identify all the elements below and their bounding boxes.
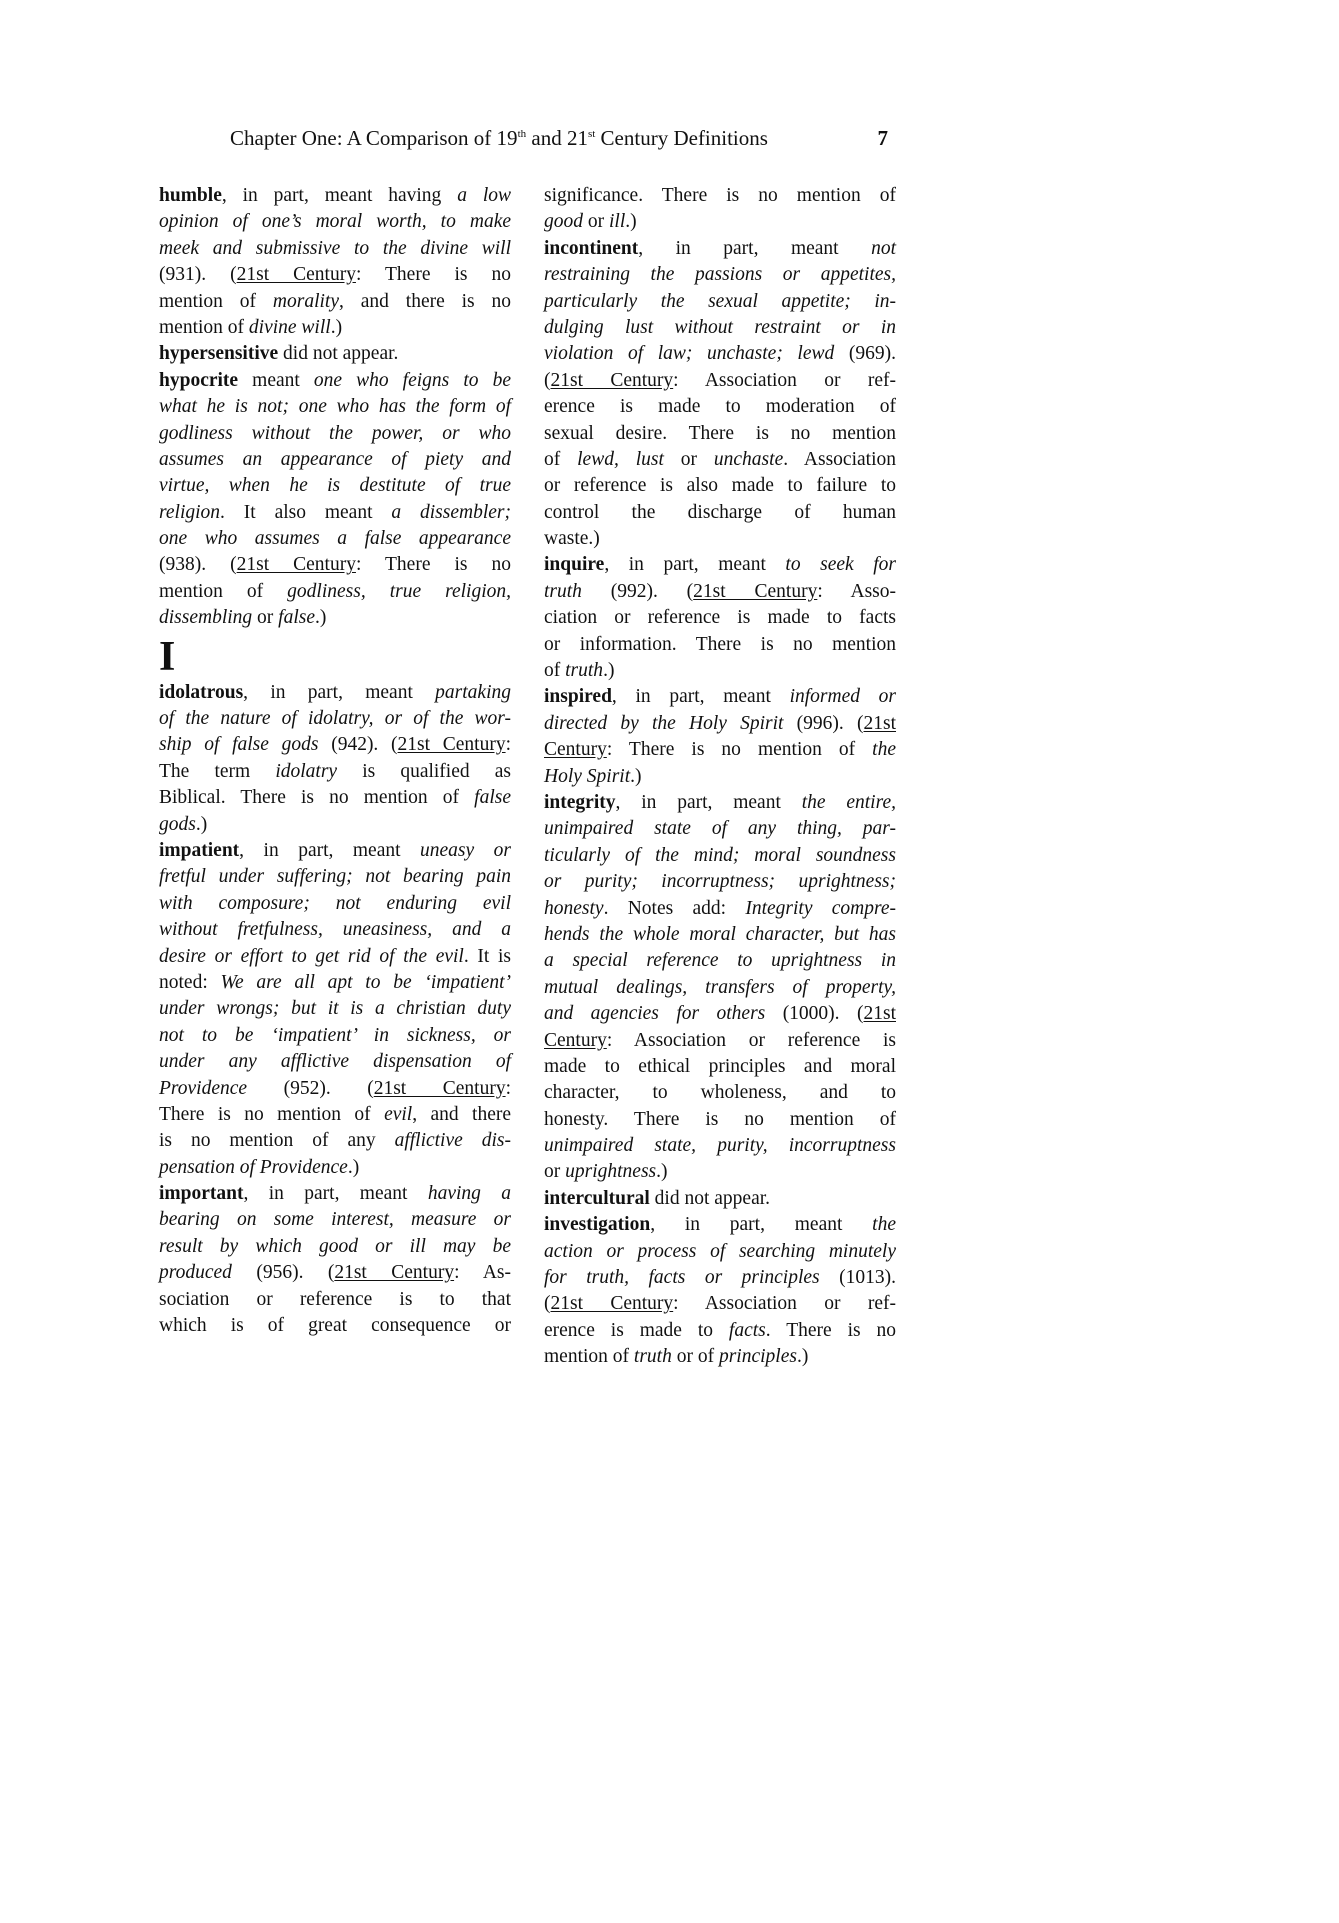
text-line: truth (992). (21st Century: Asso- [544,579,896,605]
text-line: result by which good or ill may be [159,1234,511,1260]
definition-text: restraining the passions or appetites, [544,264,896,285]
definition-text: divine will [249,317,331,338]
text-line: fretful under suffering; not bearing pai… [159,864,511,890]
definition-text: the entire, [802,792,896,813]
body-text: . There is no [766,1320,896,1341]
headword: integrity [544,792,615,813]
definition-text: desire or effort to get rid of the evil [159,946,464,967]
body-text: erence is made to [544,1320,729,1341]
body-text: , in part, meant [243,682,435,703]
text-line: pensation of Providence.) [159,1155,511,1181]
text-line: virtue, when he is destitute of true [159,473,511,499]
body-text: mention of [159,317,249,338]
text-line: hypocrite meant one who feigns to be [159,368,511,394]
body-text: , in part, meant [638,238,871,259]
body-text: . Notes add: [604,898,746,919]
text-line: a special reference to uprightness in [544,948,896,974]
body-text: : Association or reference is [607,1030,896,1051]
body-text: or reference is also made to failure to [544,475,896,496]
body-text: made to ethical principles and moral [544,1056,896,1077]
definition-text: opinion of one’s moral worth, to make [159,211,511,232]
text-line: or information. There is no mention [544,632,896,658]
body-text: .) [348,1157,359,1178]
text-line: under any afflictive dispensation of [159,1049,511,1075]
right-column: significance. There is no mention ofgood… [544,183,896,1371]
body-text: or [544,1161,565,1182]
definition-text: good [544,211,583,232]
text-line: mention of truth or of principles.) [544,1344,896,1370]
text-line: (938). (21st Century: There is no [159,552,511,578]
body-text: (992). ( [582,581,693,602]
body-text: . It also meant [220,502,391,523]
definition-text: mutual dealings, transfers of property, [544,977,896,998]
definition-text: unimpaired state, purity, incorruptness [544,1135,896,1156]
body-text: The term [159,761,275,782]
definition-text: godliness, true religion, [287,581,511,602]
definition-text: Providence [159,1078,247,1099]
title-text: Chapter One: A Comparison of 19 [230,126,518,150]
definition-text: what he is not; one who has the form of [159,396,511,417]
definition-text: gods [159,814,196,835]
body-text: : There is no [356,554,511,575]
definition-text: one who assumes a false appearance [159,528,511,549]
text-line: mention of godliness, true religion, [159,579,511,605]
body-text: noted: [159,972,220,993]
definition-text: a low [457,185,511,206]
section-letter-heading: I [159,632,511,680]
definition-text: false [278,607,315,628]
text-line: produced (956). (21st Century: As- [159,1260,511,1286]
headword: inspired [544,686,612,707]
text-line: Century: There is no mention of the [544,737,896,763]
headword: important [159,1183,244,1204]
definition-text: the [872,739,896,760]
text-line: bearing on some interest, measure or [159,1207,511,1233]
definition-text: of the nature of idolatry, or of the wor… [159,708,511,729]
headword: inquire [544,554,604,575]
definition-text: dissembling [159,607,252,628]
body-text: significance. There is no mention of [544,185,896,206]
definition-text: facts [729,1320,766,1341]
definition-text: not to be ‘impatient’ in sickness, or [159,1025,511,1046]
body-text: : Association or ref- [673,370,896,391]
century-label: 21st Century [237,554,356,575]
text-line: Holy Spirit.) [544,764,896,790]
definition-text: with composure; not enduring evil [159,893,511,914]
text-line: control the discharge of human [544,500,896,526]
body-text: .) [315,607,326,628]
body-text: of [544,449,577,470]
text-line: good or ill.) [544,209,896,235]
definition-text: the [872,1214,896,1235]
body-text: mention of [544,1346,634,1367]
definition-text: for truth, facts or principles [544,1267,820,1288]
headword: hypersensitive [159,343,278,364]
text-line: inspired, in part, meant informed or [544,684,896,710]
text-line: and agencies for others (1000). (21st [544,1001,896,1027]
text-line: desire or effort to get rid of the evil.… [159,944,511,970]
body-text: : [506,734,511,755]
headword: hypocrite [159,370,238,391]
definition-text: lewd, lust [577,449,664,470]
definition-text: bearing on some interest, measure or [159,1209,511,1230]
definition-text: Integrity compre- [745,898,896,919]
headword: investigation [544,1214,650,1235]
body-text: : As- [454,1262,511,1283]
text-line: sexual desire. There is no mention [544,421,896,447]
text-line: is no mention of any afflictive dis- [159,1128,511,1154]
body-text: meant [238,370,314,391]
body-text: or of [672,1346,719,1367]
definition-text: Holy Spirit [544,766,630,787]
century-label: 21st Century [551,1293,674,1314]
body-text: .) [331,317,342,338]
text-line: (21st Century: Association or ref- [544,1291,896,1317]
text-line: not to be ‘impatient’ in sickness, or [159,1023,511,1049]
body-text: (1013). [820,1267,896,1288]
body-text: is no mention of any [159,1130,395,1151]
body-text: erence is made to moderation of [544,396,896,417]
text-line: intercultural did not appear. [544,1186,896,1212]
body-text: did not appear. [278,343,398,364]
definition-text: godliness without the power, or who [159,423,511,444]
body-text: : Asso- [817,581,896,602]
body-text: .) [603,660,614,681]
headword: intercultural [544,1188,650,1209]
body-text: (952). ( [247,1078,374,1099]
definition-text: and agencies for others [544,1003,765,1024]
body-text: control the discharge of human [544,502,896,523]
text-line: character, to wholeness, and to [544,1080,896,1106]
definition-text: without fretfulness, uneasiness, and a [159,919,511,940]
definition-text: ill [609,211,625,232]
definition-text: having a [428,1183,511,1204]
body-text: (996). ( [783,713,863,734]
headword: humble [159,185,222,206]
text-line: of lewd, lust or unchaste. Association [544,447,896,473]
definition-text: not [871,238,896,259]
text-line: The term idolatry is qualified as [159,759,511,785]
century-label: 21st Century [693,581,817,602]
definition-text: idolatry [275,761,337,782]
body-text: or [583,211,609,232]
body-text: or information. There is no mention [544,634,896,655]
body-text: sexual desire. There is no mention [544,423,896,444]
text-line: honesty. There is no mention of [544,1107,896,1133]
century-label: 21st [863,1003,896,1024]
century-label: 21st Century [551,370,674,391]
century-label: 21st Century [374,1078,506,1099]
text-line: noted: We are all apt to be ‘impatient’ [159,970,511,996]
definition-text: ship of false gods [159,734,318,755]
text-line: dissembling or false.) [159,605,511,631]
century-label: 21st [864,713,897,734]
body-text: or [252,607,278,628]
text-line: Century: Association or reference is [544,1028,896,1054]
text-line: integrity, in part, meant the entire, [544,790,896,816]
text-line: There is no mention of evil, and there [159,1102,511,1128]
text-line: what he is not; one who has the form of [159,394,511,420]
text-line: sociation or reference is to that [159,1287,511,1313]
definition-text: false [474,787,511,808]
text-line: directed by the Holy Spirit (996). (21st [544,711,896,737]
body-text: ciation or reference is made to facts [544,607,896,628]
body-text: , in part, meant having [222,185,457,206]
text-line: ship of false gods (942). (21st Century: [159,732,511,758]
century-label: 21st Century [398,734,506,755]
century-label: 21st Century [237,264,356,285]
text-line: significance. There is no mention of [544,183,896,209]
definition-text: or purity; incorruptness; uprightness; [544,871,896,892]
definition-text: partaking [435,682,511,703]
definition-text: violation of law; unchaste; lewd [544,343,834,364]
body-text: : There is no [356,264,511,285]
body-text: There is no mention of [159,1104,384,1125]
body-text: of [544,660,565,681]
definition-text: unimpaired state of any thing, par- [544,818,896,839]
text-line: hypersensitive did not appear. [159,341,511,367]
century-label: 21st Century [334,1262,454,1283]
text-line: meek and submissive to the divine will [159,236,511,262]
text-line: assumes an appearance of piety and [159,447,511,473]
definition-text: We are all apt to be ‘impatient’ [220,972,511,993]
page-number: 7 [878,126,889,151]
text-line: investigation, in part, meant the [544,1212,896,1238]
text-line: important, in part, meant having a [159,1181,511,1207]
definition-text: to seek for [785,554,896,575]
text-line: restraining the passions or appetites, [544,262,896,288]
definition-text: meek and submissive to the divine will [159,238,511,259]
chapter-title: Chapter One: A Comparison of 19th and 21… [230,126,768,151]
definition-text: truth [634,1346,672,1367]
body-text: (938). ( [159,554,237,575]
text-line: inquire, in part, meant to seek for [544,552,896,578]
definition-text: virtue, when he is destitute of true [159,475,511,496]
definition-text: action or process of searching minutely [544,1241,896,1262]
definition-text: principles [719,1346,797,1367]
text-line: Biblical. There is no mention of false [159,785,511,811]
definition-text: morality [273,291,339,312]
definition-text: a special reference to uprightness in [544,950,896,971]
body-text: , in part, meant [615,792,801,813]
definition-text: under wrongs; but it is a christian duty [159,998,511,1019]
definition-text: assumes an appearance of piety and [159,449,511,470]
definition-text: informed or [790,686,896,707]
text-line: or reference is also made to failure to [544,473,896,499]
definition-text: afflictive dis- [395,1130,511,1151]
body-text: (956). ( [232,1262,334,1283]
definition-text: evil [384,1104,412,1125]
text-line: unimpaired state of any thing, par- [544,816,896,842]
century-label: Century [544,1030,607,1051]
title-text: and 21 [526,126,588,150]
definition-text: truth [565,660,603,681]
title-text: Century Definitions [595,126,768,150]
definition-text: directed by the Holy Spirit [544,713,783,734]
text-line: Providence (952). (21st Century: [159,1076,511,1102]
text-line: unimpaired state, purity, incorruptness [544,1133,896,1159]
headword: impatient [159,840,239,861]
body-text: honesty. There is no mention of [544,1109,896,1130]
text-line: particularly the sexual appetite; in- [544,289,896,315]
definition-text: produced [159,1262,232,1283]
body-text: : Association or ref- [673,1293,896,1314]
text-line: dulging lust without restraint or in [544,315,896,341]
body-text: mention of [159,581,287,602]
text-line: (931). (21st Century: There is no [159,262,511,288]
body-text: which is of great consequence or [159,1315,511,1336]
text-line: incontinent, in part, meant not [544,236,896,262]
text-line: one who assumes a false appearance [159,526,511,552]
ordinal-suffix: th [518,128,527,140]
body-text: mention of [159,291,273,312]
body-text: (969). [834,343,896,364]
definition-text: hends the whole moral character, but has [544,924,896,945]
definition-text: result by which good or ill may be [159,1236,511,1257]
text-line: impatient, in part, meant uneasy or [159,838,511,864]
definition-text: pensation of Providence [159,1157,348,1178]
definition-text: particularly the sexual appetite; in- [544,291,896,312]
left-column: humble, in part, meant having a lowopini… [159,183,511,1339]
text-line: without fretfulness, uneasiness, and a [159,917,511,943]
body-text: sociation or reference is to that [159,1289,511,1310]
definition-text: honesty [544,898,604,919]
body-text: , in part, meant [604,554,785,575]
text-line: honesty. Notes add: Integrity compre- [544,896,896,922]
text-line: opinion of one’s moral worth, to make [159,209,511,235]
running-header: Chapter One: A Comparison of 19th and 21… [230,126,890,156]
body-text: is qualified as [337,761,511,782]
text-line: made to ethical principles and moral [544,1054,896,1080]
body-text: .) [196,814,207,835]
text-line: ticularly of the mind; moral soundness [544,843,896,869]
body-text: (1000). ( [765,1003,863,1024]
headword: idolatrous [159,682,243,703]
body-text: (942). ( [318,734,397,755]
body-text: or [664,449,714,470]
definition-text: dulging lust without restraint or in [544,317,896,338]
text-line: waste.) [544,526,896,552]
text-line: for truth, facts or principles (1013). [544,1265,896,1291]
text-line: hends the whole moral character, but has [544,922,896,948]
body-text: waste.) [544,528,600,549]
text-line: godliness without the power, or who [159,421,511,447]
text-line: violation of law; unchaste; lewd (969). [544,341,896,367]
text-line: humble, in part, meant having a low [159,183,511,209]
body-text: .) [630,766,641,787]
body-text: character, to wholeness, and to [544,1082,896,1103]
body-text: , in part, meant [239,840,420,861]
body-text: .) [625,211,636,232]
text-line: which is of great consequence or [159,1313,511,1339]
definition-text: uneasy or [420,840,511,861]
headword: incontinent [544,238,638,259]
body-text: (931). ( [159,264,237,285]
body-text: Biblical. There is no mention of [159,787,474,808]
text-line: gods.) [159,812,511,838]
text-line: or uprightness.) [544,1159,896,1185]
text-line: of the nature of idolatry, or of the wor… [159,706,511,732]
definition-text: fretful under suffering; not bearing pai… [159,866,511,887]
text-line: ciation or reference is made to facts [544,605,896,631]
definition-text: under any afflictive dispensation of [159,1051,511,1072]
text-line: religion. It also meant a dissembler; [159,500,511,526]
text-line: idolatrous, in part, meant partaking [159,680,511,706]
body-text: : [506,1078,511,1099]
body-text: .) [656,1161,667,1182]
body-text: : There is no mention of [607,739,872,760]
definition-text: unchaste [714,449,783,470]
body-text: , in part, meant [244,1183,428,1204]
definition-text: one who feigns to be [314,370,511,391]
definition-text: ticularly of the mind; moral soundness [544,845,896,866]
definition-text: truth [544,581,582,602]
text-line: or purity; incorruptness; uprightness; [544,869,896,895]
text-line: erence is made to moderation of [544,394,896,420]
text-line: erence is made to facts. There is no [544,1318,896,1344]
body-text: , and there is no [339,291,511,312]
definition-text: a dissembler; [391,502,511,523]
century-label: Century [544,739,607,760]
definition-text: uprightness [565,1161,656,1182]
text-line: under wrongs; but it is a christian duty [159,996,511,1022]
text-line: (21st Century: Association or ref- [544,368,896,394]
body-text: .) [797,1346,808,1367]
text-line: mention of morality, and there is no [159,289,511,315]
text-line: action or process of searching minutely [544,1239,896,1265]
body-text: . It is [464,946,511,967]
text-line: mention of divine will.) [159,315,511,341]
body-text: , in part, meant [650,1214,872,1235]
body-text: , and there [412,1104,511,1125]
body-text: did not appear. [650,1188,770,1209]
body-text: , in part, meant [612,686,790,707]
text-line: mutual dealings, transfers of property, [544,975,896,1001]
text-line: with composure; not enduring evil [159,891,511,917]
text-line: of truth.) [544,658,896,684]
body-text: . Association [783,449,896,470]
definition-text: religion [159,502,220,523]
